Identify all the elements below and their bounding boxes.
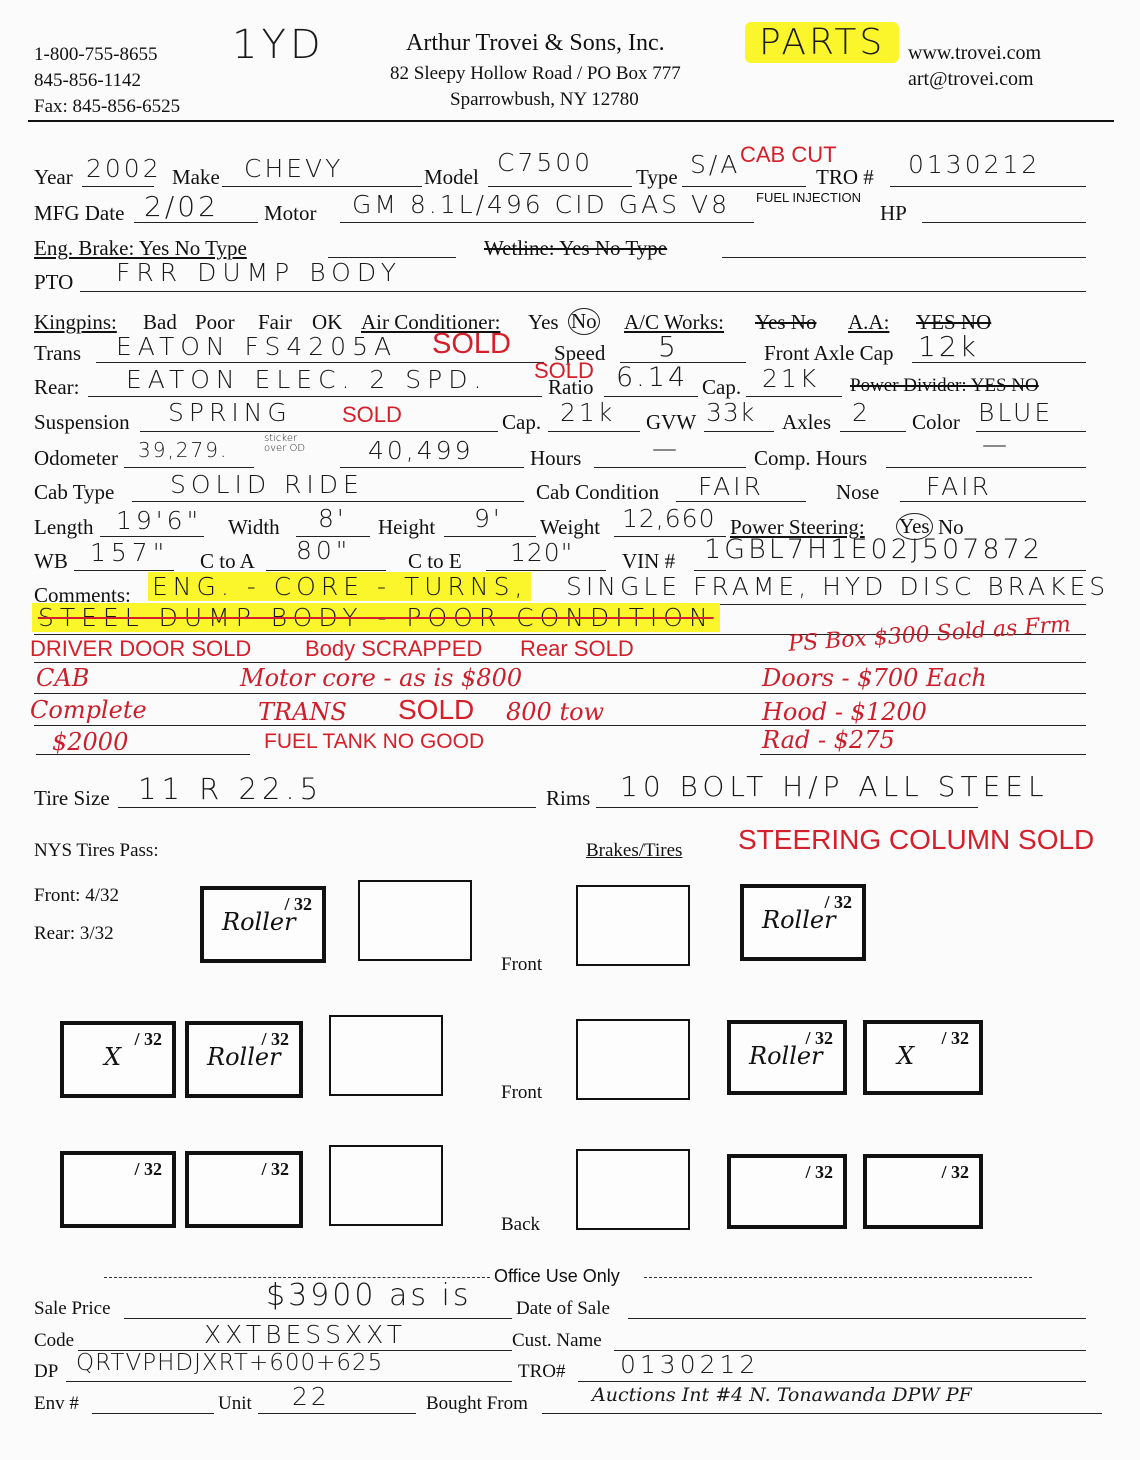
pto-field[interactable]: FRR DUMP BODY: [116, 258, 402, 287]
tire-box-rear-left-inner[interactable]: / 32: [185, 1151, 303, 1228]
ratio-field[interactable]: 6.14: [616, 362, 688, 393]
nose-field[interactable]: FAIR: [926, 472, 992, 501]
tire-box-front-left-outer[interactable]: / 32 Roller: [200, 886, 326, 963]
brake-box-mid-right[interactable]: [576, 1019, 690, 1100]
company-address: 82 Sleepy Hollow Road / PO Box 777: [390, 63, 681, 85]
wb-field[interactable]: 157": [90, 538, 169, 567]
website-link[interactable]: www.trovei.com: [908, 42, 1041, 65]
weight-field[interactable]: 12,660: [622, 504, 715, 533]
pto-label: PTO: [34, 270, 73, 295]
brake-box-rear-right[interactable]: [576, 1149, 690, 1230]
c-to-a-label: C to A: [200, 549, 255, 574]
axles-field[interactable]: 2: [852, 398, 871, 427]
height-field[interactable]: 9': [474, 504, 503, 533]
company-city: Sparrowbush, NY 12780: [450, 89, 639, 111]
length-field[interactable]: 19'6": [116, 506, 202, 535]
power-divider-label: Power Divider: YES NO: [850, 375, 1039, 397]
tire-box-rear-right-outer[interactable]: / 32: [863, 1154, 983, 1229]
cab-type-field[interactable]: SOLID RIDE: [170, 470, 364, 499]
brake-box-front-right[interactable]: [576, 885, 690, 966]
sticker-note: sticker over OD: [264, 434, 320, 454]
note-motor-core: Motor core - as is $800: [240, 664, 522, 692]
tro-label: TRO #: [816, 165, 874, 190]
susp-cap-label: Cap.: [502, 410, 541, 435]
cust-name-label: Cust. Name: [512, 1330, 602, 1352]
cab-condition-field[interactable]: FAIR: [698, 472, 764, 501]
bought-from-field[interactable]: Auctions Int #4 N. Tonawanda DPW PF: [592, 1384, 972, 1406]
tire-box-mid-right-inner[interactable]: / 32 Roller: [727, 1020, 847, 1095]
odometer-alt-field[interactable]: 40,499: [368, 436, 473, 465]
gvw-label: GVW: [646, 410, 696, 435]
env-label: Env #: [34, 1393, 79, 1415]
office-use-title: Office Use Only: [494, 1266, 620, 1287]
ac-yes[interactable]: Yes: [528, 310, 559, 335]
model-field[interactable]: C7500: [497, 148, 593, 177]
year-field[interactable]: 2002: [86, 154, 162, 183]
note-body-scrapped: Body SCRAPPED: [305, 636, 482, 662]
fuel-injection-note: FUEL INJECTION: [756, 190, 861, 205]
mfg-date-label: MFG Date: [34, 201, 124, 226]
note-rad: Rad - $275: [762, 726, 895, 754]
handwritten-tag: 1YD: [232, 22, 325, 68]
front-drive-row-label: Front: [501, 1082, 542, 1104]
hours-label: Hours: [530, 446, 581, 471]
year-label: Year: [34, 165, 73, 190]
parts-tag: PARTS: [745, 22, 899, 63]
sale-price-label: Sale Price: [34, 1298, 111, 1320]
trans-sold-note: SOLD: [432, 328, 511, 361]
weight-label: Weight: [540, 515, 600, 540]
note-cab-complete: Complete: [30, 696, 147, 724]
tire-size-field[interactable]: 11 R 22.5: [138, 772, 323, 806]
color-field[interactable]: BLUE: [978, 398, 1053, 427]
tire-box-rear-left-outer[interactable]: / 32: [60, 1151, 176, 1228]
front-axle-label: Front Axle Cap: [764, 341, 894, 366]
hours-field[interactable]: —: [652, 434, 680, 463]
phone-tollfree: 1-800-755-8655: [34, 44, 157, 66]
rear-field[interactable]: EATON ELEC. 2 SPD.: [126, 365, 487, 394]
type-field[interactable]: S/A: [690, 150, 740, 179]
office-tro-field[interactable]: 0130212: [620, 1350, 759, 1379]
make-label: Make: [172, 165, 220, 190]
make-field[interactable]: CHEVY: [244, 154, 343, 183]
hp-label: HP: [880, 201, 907, 226]
brake-box-mid-left[interactable]: [329, 1015, 443, 1096]
brakes-tires-label: Brakes/Tires: [586, 840, 682, 862]
rims-field[interactable]: 10 BOLT H/P ALL STEEL: [620, 770, 1049, 803]
length-label: Length: [34, 515, 93, 540]
trans-field[interactable]: EATON FS4205A: [116, 332, 397, 361]
kingpins-label: Kingpins:: [34, 310, 117, 335]
susp-cap-field[interactable]: 21k: [560, 398, 615, 427]
color-label: Color: [912, 410, 960, 435]
note-driver-door-sold: DRIVER DOOR SOLD: [30, 636, 251, 662]
comp-hours-label: Comp. Hours: [754, 446, 867, 471]
gvw-field[interactable]: 33k: [706, 398, 755, 427]
cab-type-label: Cab Type: [34, 480, 114, 505]
speed-field[interactable]: 5: [658, 330, 679, 363]
phone-local: 845-856-1142: [34, 70, 141, 92]
brake-box-rear-left[interactable]: [329, 1145, 443, 1226]
rims-label: Rims: [546, 786, 590, 811]
type-label: Type: [636, 165, 678, 190]
vin-field[interactable]: 1GBL7H1E02J507872: [704, 534, 1043, 565]
brake-box-front-left[interactable]: [358, 880, 472, 961]
bought-from-label: Bought From: [426, 1393, 528, 1415]
cab-condition-label: Cab Condition: [536, 480, 659, 505]
ratio-label: Ratio: [548, 375, 594, 400]
tire-size-label: Tire Size: [34, 786, 110, 811]
rear-cap-label: Cap.: [702, 375, 741, 400]
date-of-sale-label: Date of Sale: [516, 1298, 610, 1320]
note-rear-sold: Rear SOLD: [520, 636, 634, 662]
mfg-date-field[interactable]: 2/02: [144, 190, 219, 223]
c-to-a-field[interactable]: 80": [296, 536, 351, 565]
motor-field[interactable]: GM 8.1L/496 CID GAS V8: [352, 190, 730, 219]
wetline-label: Wetline: Yes No Type: [484, 236, 667, 261]
tire-box-mid-right-outer[interactable]: / 32 X: [863, 1020, 983, 1095]
comment-frame-brakes: SINGLE FRAME, HYD DISC BRAKES: [566, 572, 1109, 601]
front-axle-row-label: Front: [501, 954, 542, 976]
note-trans: TRANS: [258, 698, 347, 726]
office-tro-label: TRO#: [518, 1361, 566, 1383]
aa-label: A.A:: [848, 310, 889, 335]
odometer-field[interactable]: 39,279.: [138, 438, 228, 462]
code-field[interactable]: XXTBESSXXT: [204, 1320, 406, 1349]
header-divider: [28, 120, 1114, 122]
note-hood: Hood - $1200: [762, 698, 927, 726]
front-axle-field[interactable]: 12k: [918, 330, 979, 363]
dp-field[interactable]: QRTVPHDJXRT+600+625: [76, 1350, 383, 1376]
dp-label: DP: [34, 1361, 58, 1383]
back-row-label: Back: [501, 1214, 540, 1236]
height-label: Height: [378, 515, 435, 540]
tire-box-mid-left-outer[interactable]: / 32 X: [60, 1021, 176, 1098]
comment-engine-highlight: ENG. - CORE - TURNS,: [148, 572, 531, 601]
nose-label: Nose: [836, 480, 879, 505]
front-pass-spec: Front: 4/32: [34, 885, 119, 907]
rear-pass-spec: Rear: 3/32: [34, 923, 114, 945]
company-name: Arthur Trovei & Sons, Inc.: [406, 30, 665, 57]
note-fuel-tank: FUEL TANK NO GOOD: [264, 730, 484, 754]
note-doors: Doors - $700 Each: [762, 664, 987, 692]
rear-label: Rear:: [34, 375, 79, 400]
odometer-label: Odometer: [34, 446, 118, 471]
note-cab-price: $2000: [52, 728, 128, 756]
suspension-label: Suspension: [34, 410, 130, 435]
unit-label: Unit: [218, 1393, 252, 1415]
rear-cap-field[interactable]: 21K: [762, 364, 819, 393]
suspension-sold-note: SOLD: [342, 402, 402, 428]
width-label: Width: [228, 515, 280, 540]
note-ps-box: PS Box $300 Sold as Frm: [787, 612, 1071, 657]
note-trans-price: 800 tow: [506, 698, 604, 726]
sale-price-field[interactable]: $3900 as is: [266, 1278, 472, 1313]
email-link[interactable]: art@trovei.com: [908, 68, 1034, 91]
comment-dump-body-struck: STEEL DUMP BODY - POOR CONDITION: [32, 603, 720, 632]
model-label: Model: [424, 165, 479, 190]
note-trans-sold: SOLD: [398, 694, 474, 726]
nys-tires-label: NYS Tires Pass:: [34, 840, 159, 862]
phone-fax: Fax: 845-856-6525: [34, 96, 180, 118]
trans-label: Trans: [34, 341, 81, 366]
unit-field[interactable]: 22: [292, 1382, 330, 1411]
suspension-field[interactable]: SPRING: [168, 398, 292, 427]
tire-box-rear-right-inner[interactable]: / 32: [727, 1154, 847, 1229]
c-to-e-field[interactable]: 120": [510, 538, 573, 567]
ac-works-options: Yes No: [755, 310, 816, 335]
code-label: Code: [34, 1330, 74, 1352]
tire-box-front-right-outer[interactable]: / 32 Roller: [740, 884, 866, 961]
tire-box-mid-left-inner[interactable]: / 32 Roller: [185, 1021, 303, 1098]
wb-label: WB: [34, 549, 68, 574]
width-field[interactable]: 8': [318, 504, 347, 533]
note-cab: CAB: [36, 664, 89, 692]
steering-column-sold-note: STEERING COLUMN SOLD: [738, 824, 1094, 856]
axles-label: Axles: [782, 410, 831, 435]
ac-no-circled[interactable]: No: [568, 308, 600, 335]
c-to-e-label: C to E: [408, 549, 462, 574]
vin-label: VIN #: [622, 549, 675, 574]
motor-label: Motor: [264, 201, 317, 226]
comp-hours-field[interactable]: —: [982, 430, 1010, 459]
tro-field[interactable]: 0130212: [908, 150, 1040, 179]
